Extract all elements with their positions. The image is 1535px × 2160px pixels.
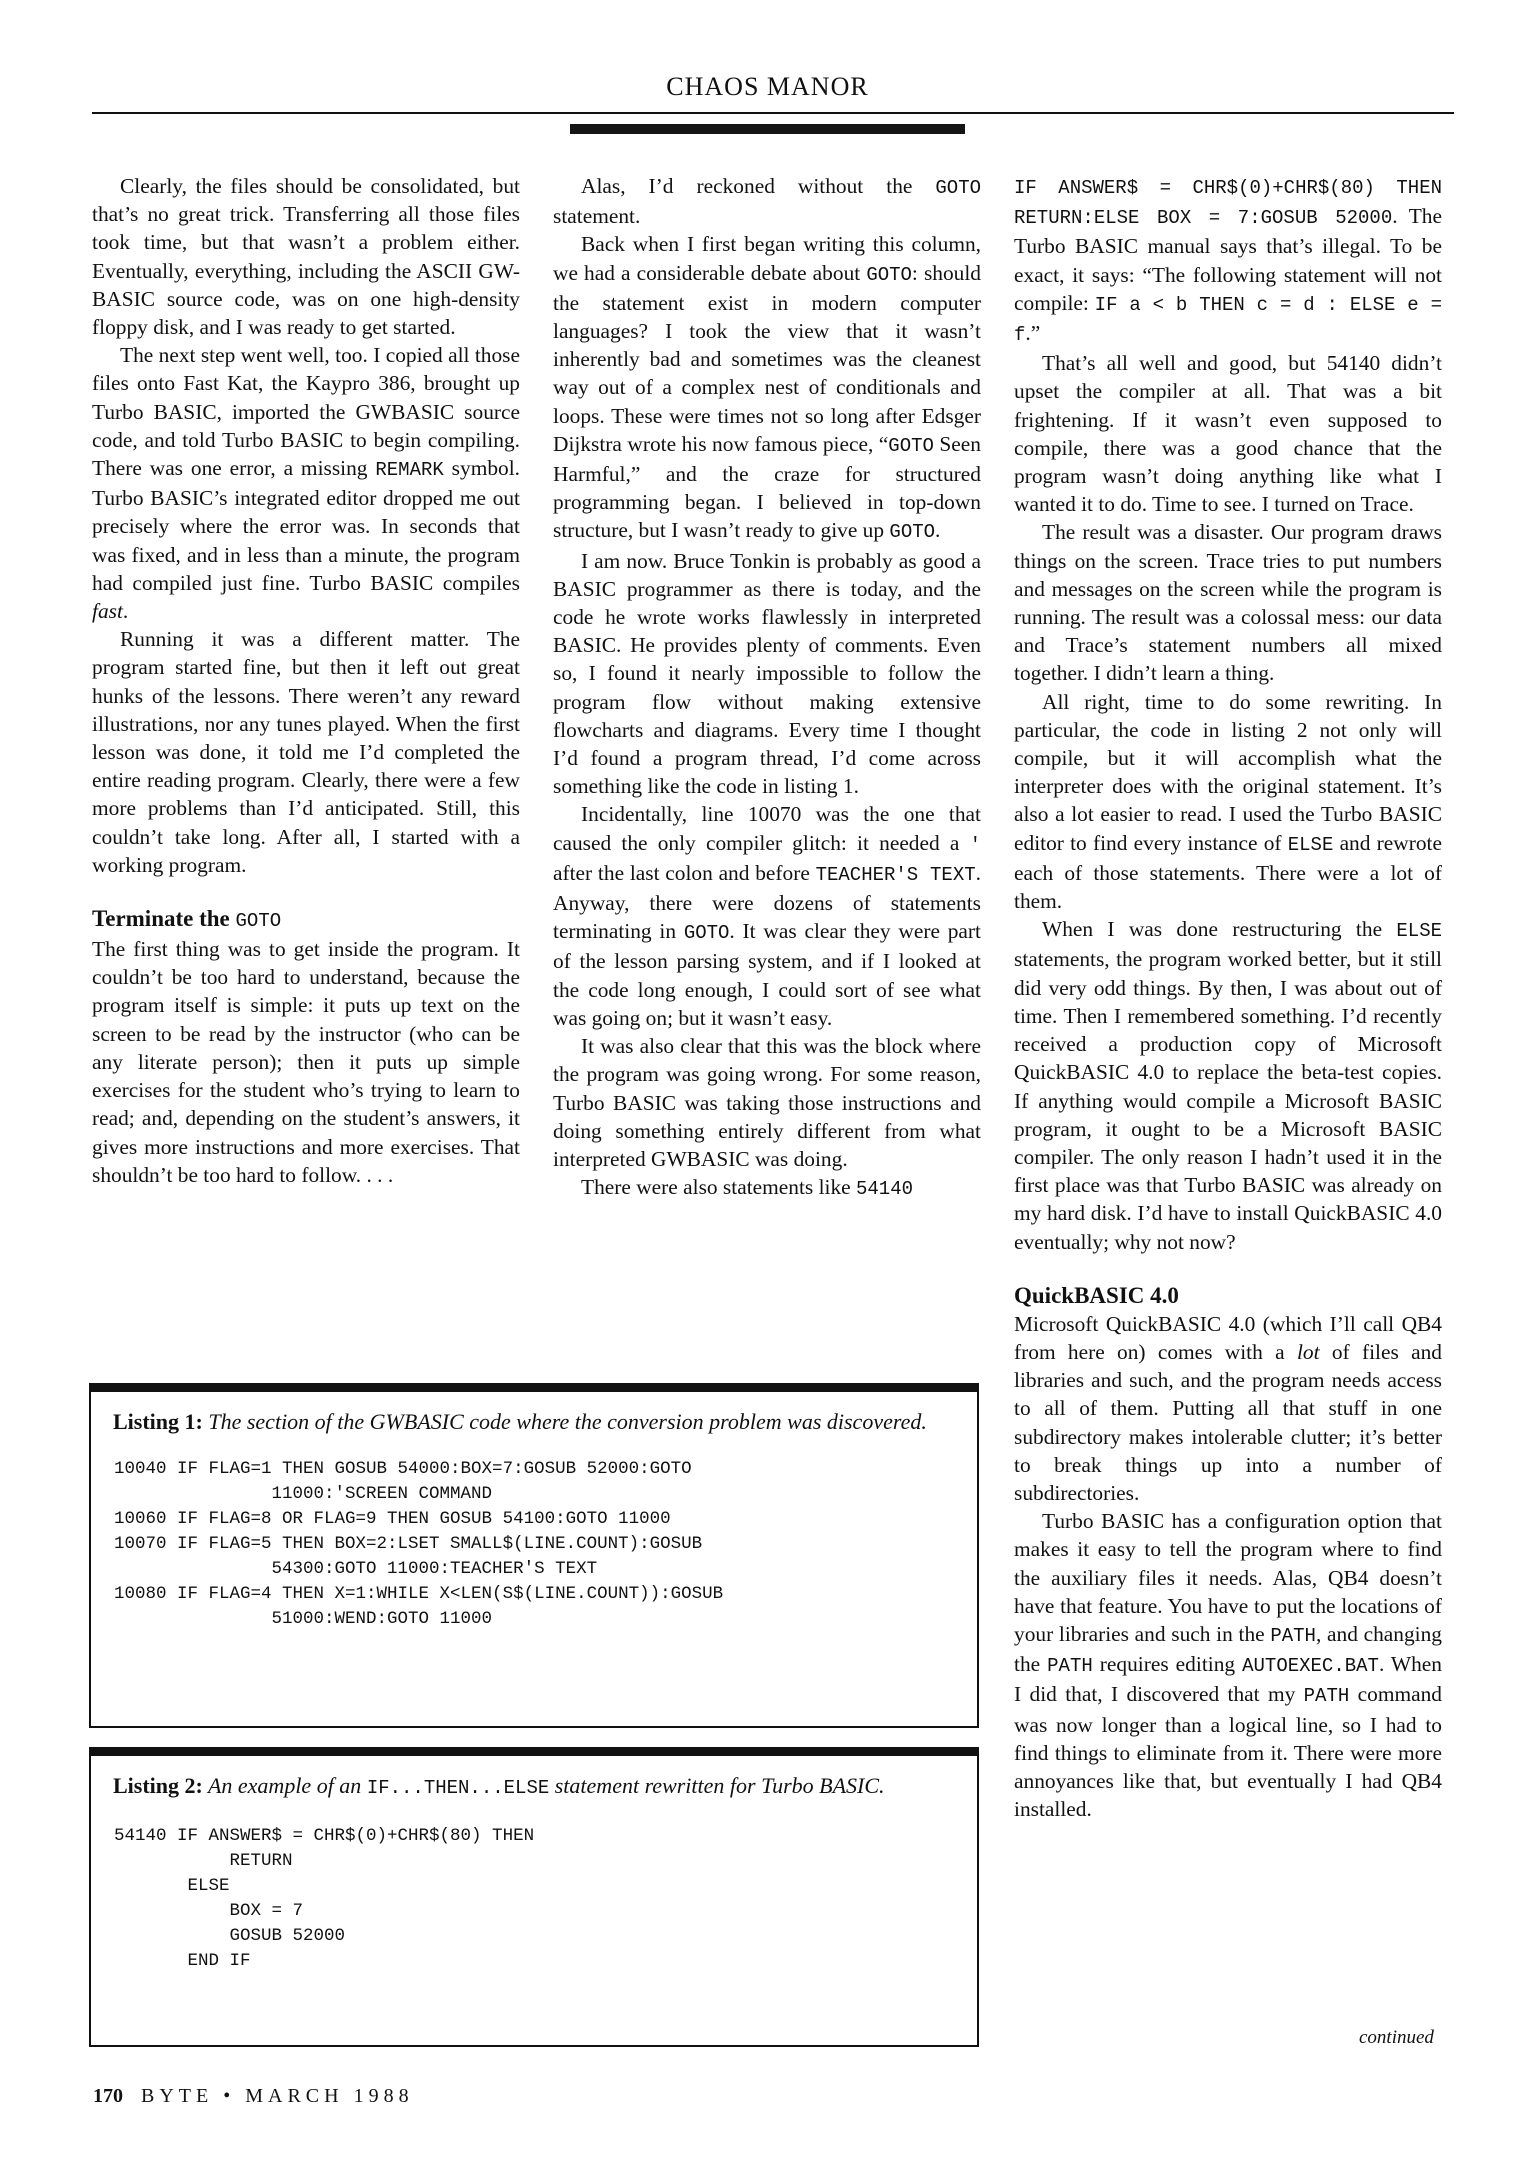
paragraph: That’s all well and good, but 54140 didn… — [1014, 349, 1442, 518]
header-bar — [570, 124, 965, 134]
paragraph: Running it was a different matter. The p… — [92, 625, 520, 879]
paragraph: IF ANSWER$ = CHR$(0)+CHR$(80) THEN RETUR… — [1014, 172, 1442, 349]
continued-note: continued — [1359, 2027, 1434, 2049]
header-rule — [92, 112, 1454, 114]
code-listing: 10040 IF FLAG=1 THEN GOSUB 54000:BOX=7:G… — [114, 1457, 977, 1632]
paragraph: The result was a disaster. Our program d… — [1014, 518, 1442, 687]
paragraph: The first thing was to get inside the pr… — [92, 935, 520, 1189]
column-3: IF ANSWER$ = CHR$(0)+CHR$(80) THEN RETUR… — [1014, 172, 1442, 1823]
column-1: Clearly, the files should be consolidate… — [92, 172, 520, 1189]
running-header: CHAOS MANOR — [0, 72, 1535, 102]
paragraph: I am now. Bruce Tonkin is probably as go… — [553, 547, 981, 801]
paragraph: Clearly, the files should be consolidate… — [92, 172, 520, 341]
paragraph: All right, time to do some rewriting. In… — [1014, 688, 1442, 916]
section-heading: QuickBASIC 4.0 — [1014, 1282, 1442, 1310]
paragraph: Back when I first began writing this col… — [553, 230, 981, 546]
listing-caption: Listing 1: The section of the GWBASIC co… — [113, 1408, 953, 1435]
paragraph: Alas, I’d reckoned without the GOTO stat… — [553, 172, 981, 230]
column-2: Alas, I’d reckoned without the GOTO stat… — [553, 172, 981, 1203]
paragraph: When I was done restructuring the ELSE s… — [1014, 915, 1442, 1255]
code-listing: 54140 IF ANSWER$ = CHR$(0)+CHR$(80) THEN… — [114, 1824, 977, 1974]
paragraph: Incidentally, line 10070 was the one tha… — [553, 800, 981, 1032]
magazine-issue: BYTE • MARCH 1988 — [141, 2085, 414, 2107]
paragraph: It was also clear that this was the bloc… — [553, 1032, 981, 1173]
page-footer: 170BYTE • MARCH 1988 — [93, 2085, 414, 2108]
paragraph: Microsoft QuickBASIC 4.0 (which I’ll cal… — [1014, 1310, 1442, 1507]
listing-2-box: Listing 2: An example of an IF...THEN...… — [89, 1747, 979, 2047]
page-number: 170 — [93, 2085, 123, 2107]
section-heading: Terminate the GOTO — [92, 905, 520, 935]
listing-caption: Listing 2: An example of an IF...THEN...… — [113, 1772, 953, 1802]
paragraph: The next step went well, too. I copied a… — [92, 341, 520, 625]
listing-1-box: Listing 1: The section of the GWBASIC co… — [89, 1383, 979, 1728]
paragraph: There were also statements like 54140 — [553, 1173, 981, 1203]
paragraph: Turbo BASIC has a configuration option t… — [1014, 1507, 1442, 1823]
